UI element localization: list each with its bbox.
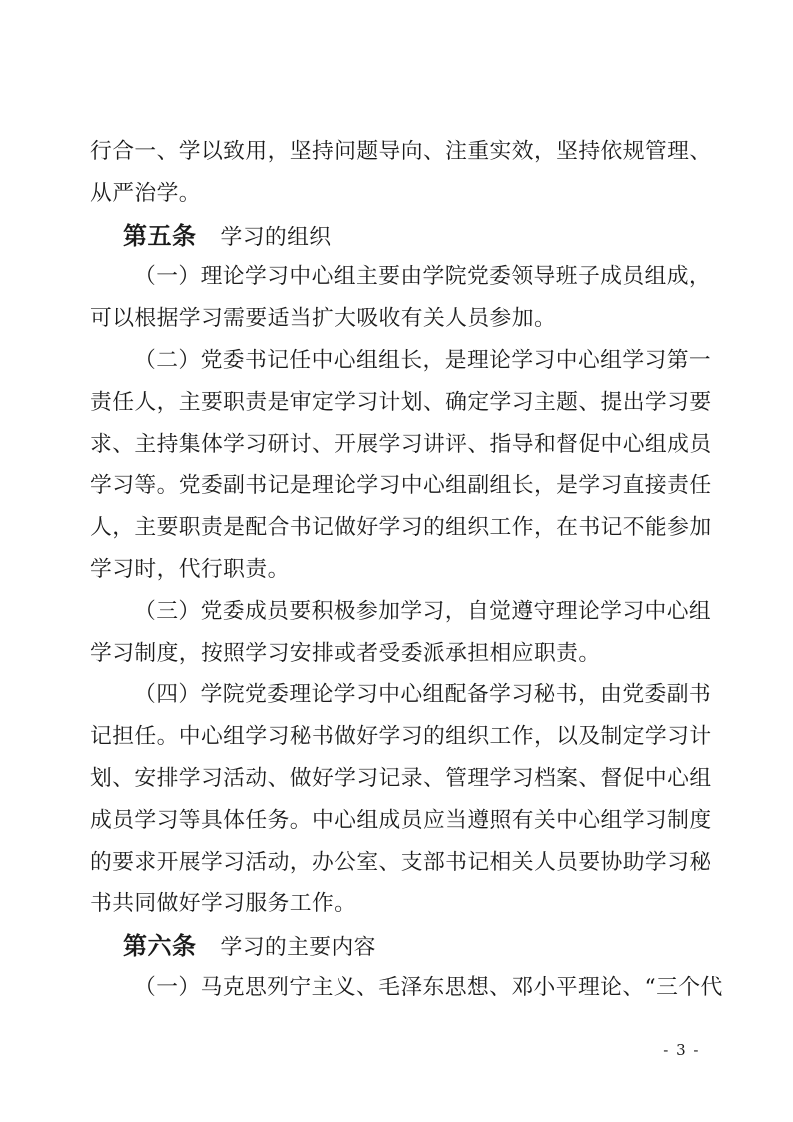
article-number: 第六条 — [123, 931, 197, 960]
body-line: 求、主持集体学习研讨、开展学习讲评、指导和督促中心组成员 — [90, 424, 730, 466]
body-line: 学习制度，按照学习安排或者受委派承担相应职责。 — [90, 633, 730, 675]
article-heading: 第五条学习的组织 — [90, 215, 730, 257]
body-line: 从严治学。 — [90, 173, 730, 215]
document-page: 行合一、学以致用，坚持问题导向、注重实效，坚持依规管理、 从严治学。 第五条学习… — [0, 0, 793, 1122]
body-line: （一）马克思列宁主义、毛泽东思想、邓小平理论、“三个代 — [90, 967, 730, 1009]
article-heading: 第六条学习的主要内容 — [90, 925, 730, 967]
body-line: 学习时，代行职责。 — [90, 549, 730, 591]
body-line: （三）党委成员要积极参加学习，自觉遵守理论学习中心组 — [90, 591, 730, 633]
body-line: 的要求开展学习活动，办公室、支部书记相关人员要协助学习秘 — [90, 842, 730, 884]
body-line: 记担任。中心组学习秘书做好学习的组织工作，以及制定学习计 — [90, 716, 730, 758]
body-line: 人，主要职责是配合书记做好学习的组织工作，在书记不能参加 — [90, 507, 730, 549]
body-line: 成员学习等具体任务。中心组成员应当遵照有关中心组学习制度 — [90, 800, 730, 842]
body-line: 划、安排学习活动、做好学习记录、管理学习档案、督促中心组 — [90, 758, 730, 800]
document-body: 行合一、学以致用，坚持问题导向、注重实效，坚持依规管理、 从严治学。 第五条学习… — [90, 131, 730, 1009]
body-line: （四）学院党委理论学习中心组配备学习秘书，由党委副书 — [90, 674, 730, 716]
body-line: （二）党委书记任中心组组长，是理论学习中心组学习第一 — [90, 340, 730, 382]
page-number: - 3 - — [663, 1040, 700, 1060]
article-number: 第五条 — [123, 221, 197, 250]
body-line: （一）理论学习中心组主要由学院党委领导班子成员组成， — [90, 256, 730, 298]
body-line: 责任人，主要职责是审定学习计划、确定学习主题、提出学习要 — [90, 382, 730, 424]
body-line: 可以根据学习需要适当扩大吸收有关人员参加。 — [90, 298, 730, 340]
body-line: 学习等。党委副书记是理论学习中心组副组长，是学习直接责任 — [90, 465, 730, 507]
body-line: 书共同做好学习服务工作。 — [90, 883, 730, 925]
article-title: 学习的主要内容 — [221, 935, 376, 960]
article-title: 学习的组织 — [221, 225, 332, 250]
body-line: 行合一、学以致用，坚持问题导向、注重实效，坚持依规管理、 — [90, 131, 730, 173]
